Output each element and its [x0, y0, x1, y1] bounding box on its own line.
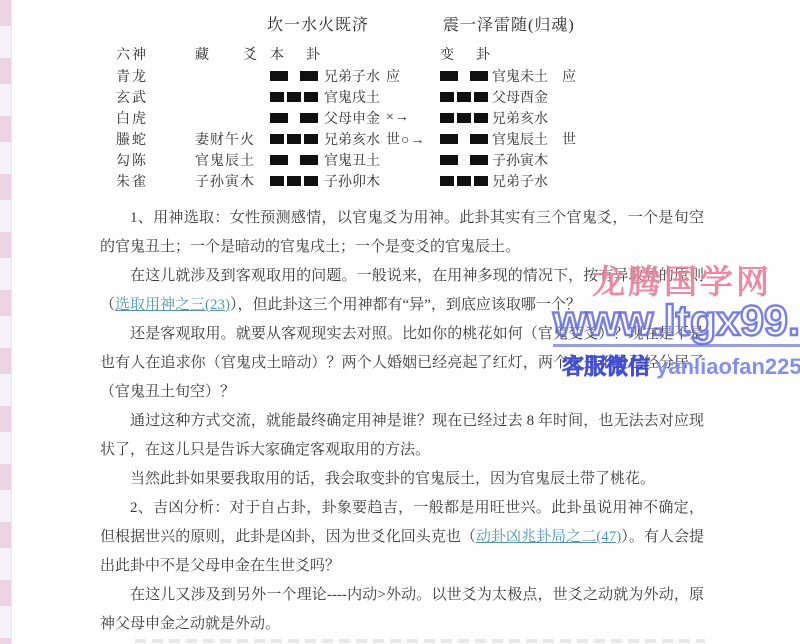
watermark-contact-id: yanliaofan225: [650, 354, 800, 379]
main-line-symbol: [270, 154, 324, 166]
header-changed-gua: 变 卦: [440, 44, 492, 64]
changed-line-symbol: [440, 175, 492, 187]
hexagram-row: 白虎父母申金×→兄弟亥水: [100, 107, 704, 128]
header-main-b: 卦: [306, 44, 320, 64]
header-hidden-b: 爻: [243, 44, 258, 64]
changed-line-marker: 应: [562, 66, 592, 86]
six-god-label: 螣蛇: [100, 129, 195, 149]
main-line-symbol: [270, 112, 324, 124]
hexagram-row: 玄武官鬼戌土父母酉金: [100, 86, 704, 107]
moving-line-marker: 应: [386, 66, 440, 86]
hexagram-row: 青龙兄弟子水应官鬼未土应: [100, 65, 704, 86]
hexagram-titles: 坎一水火既济 震一泽雷随(归魂): [100, 12, 704, 36]
header-hidden-yao: 藏 爻: [195, 44, 270, 64]
paragraph-text: 通过这种方式交流，就能最终确定用神是谁？现在已经过去 8 年时间，也无法去对应现…: [100, 413, 704, 458]
scan-edge-artifact: [0, 0, 12, 644]
changed-line-symbol: [440, 133, 492, 145]
changed-line-label: 子孙寅木: [492, 150, 562, 170]
paragraph-text: 当然此卦如果要我取用的话，我会取变卦的官鬼辰土，因为官鬼辰土带了桃花。: [130, 471, 655, 487]
changed-line-label: 父母酉金: [492, 87, 562, 107]
paragraph: 通过这种方式交流，就能最终确定用神是谁？现在已经过去 8 年时间，也无法去对应现…: [100, 407, 704, 465]
six-god-label: 朱雀: [100, 171, 195, 191]
six-god-label: 玄武: [100, 87, 195, 107]
moving-line-marker: 世○→: [386, 129, 440, 149]
hexagram-row: 螣蛇妻财午火兄弟亥水世○→官鬼辰土世: [100, 128, 704, 149]
watermark-site-name: 龙腾国学网: [592, 256, 772, 303]
changed-line-label: 官鬼辰土: [492, 129, 562, 149]
hexagram-row: 勾陈官鬼辰土官鬼丑土子孙寅木: [100, 149, 704, 170]
header-main-gua: 本 卦: [270, 44, 324, 64]
reference-link[interactable]: 选取用神之三(23): [115, 297, 230, 313]
header-six-gods: 六神: [100, 44, 195, 64]
hexagram-table: 六神 藏 爻 本 卦 变 卦 青龙兄弟子水应官鬼未土应玄武官鬼戌土父母酉金白虎父…: [100, 42, 704, 191]
cut-off-text-line: [135, 639, 705, 643]
six-god-label: 白虎: [100, 108, 195, 128]
main-line-symbol: [270, 133, 324, 145]
main-line-label: 父母申金: [324, 108, 386, 128]
main-line-symbol: [270, 70, 324, 82]
header-changed-a: 变: [440, 44, 454, 64]
changed-line-label: 兄弟亥水: [492, 108, 562, 128]
hidden-yao-label: 子孙寅木: [195, 171, 270, 191]
watermark-contact: 客服微信 yanliaofan225: [562, 350, 800, 381]
hidden-yao-label: 官鬼辰土: [195, 150, 270, 170]
changed-line-symbol: [440, 70, 492, 82]
header-hidden-a: 藏: [195, 44, 210, 64]
changed-line-label: 官鬼未土: [492, 66, 562, 86]
changed-hexagram-title: 震一泽雷随(归魂): [443, 12, 575, 35]
watermark-url: www.ltgx99.com: [553, 298, 800, 347]
paragraph-text: ），但此卦这三个用神都有“异”，到底应该取哪一个？: [230, 297, 581, 313]
main-line-label: 子孙卯木: [324, 171, 386, 191]
main-line-label: 官鬼戌土: [324, 87, 386, 107]
paragraph: 1、用神选取：女性预测感情，以官鬼爻为用神。此卦其实有三个官鬼爻，一个是旬空的官…: [100, 204, 704, 262]
hidden-yao-label: 妻财午火: [195, 129, 270, 149]
main-line-label: 官鬼丑土: [324, 150, 386, 170]
reference-link[interactable]: 动卦凶兆卦局之二(47): [476, 529, 621, 545]
paragraph: 当然此卦如果要我取用的话，我会取变卦的官鬼辰土，因为官鬼辰土带了桃花。: [100, 465, 704, 494]
six-god-label: 青龙: [100, 66, 195, 86]
paragraph-text: 在这儿又涉及到另外一个理论----内动>外动。以世爻为太极点，世爻之动就为外动，…: [100, 587, 704, 632]
paragraph: 2、吉凶分析：对于自占卦，卦象要趋吉，一般都是用旺世兴。此卦虽说用神不确定，但根…: [100, 494, 704, 581]
paragraph-text: 1、用神选取：女性预测感情，以官鬼爻为用神。此卦其实有三个官鬼爻，一个是旬空的官…: [100, 210, 704, 255]
six-god-label: 勾陈: [100, 150, 195, 170]
header-main-a: 本: [270, 44, 284, 64]
hexagram-table-header: 六神 藏 爻 本 卦 变 卦: [100, 42, 704, 65]
changed-line-symbol: [440, 154, 492, 166]
header-changed-b: 卦: [476, 44, 490, 64]
changed-line-symbol: [440, 91, 492, 103]
changed-line-marker: 世: [562, 129, 592, 149]
hexagram-rows: 青龙兄弟子水应官鬼未土应玄武官鬼戌土父母酉金白虎父母申金×→兄弟亥水螣蛇妻财午火…: [100, 65, 704, 191]
main-line-label: 兄弟子水: [324, 66, 386, 86]
main-hexagram-title: 坎一水火既济: [267, 12, 369, 35]
hexagram-row: 朱雀子孙寅木子孙卯木兄弟子水: [100, 170, 704, 191]
main-line-symbol: [270, 175, 324, 187]
main-line-symbol: [270, 91, 324, 103]
moving-line-marker: ×→: [386, 110, 440, 126]
main-line-label: 兄弟亥水: [324, 129, 386, 149]
watermark-contact-label: 客服微信: [562, 354, 650, 379]
paragraph: 在这儿又涉及到另外一个理论----内动>外动。以世爻为太极点，世爻之动就为外动，…: [100, 581, 704, 639]
changed-line-symbol: [440, 112, 492, 124]
changed-line-label: 兄弟子水: [492, 171, 562, 191]
